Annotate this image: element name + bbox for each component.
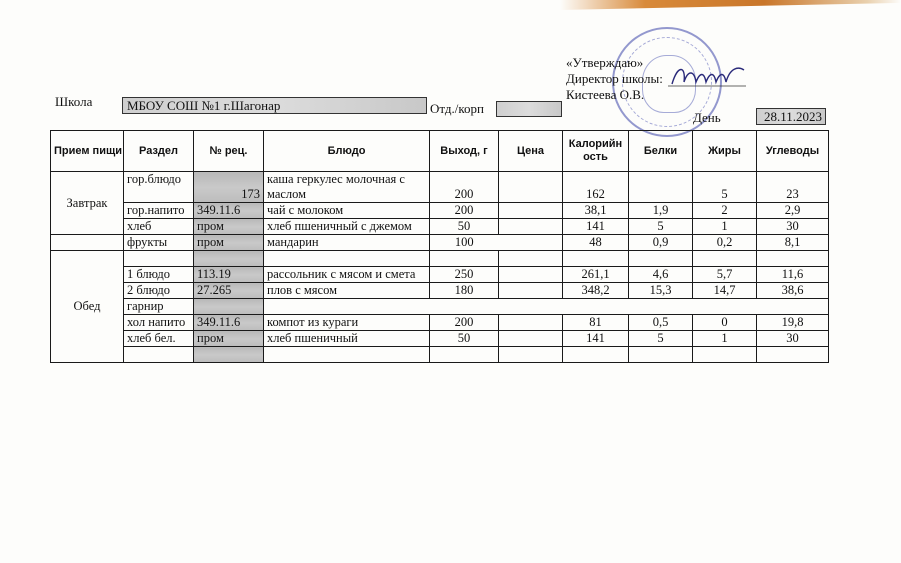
section-cell: [124, 251, 194, 267]
kcal-cell: 348,2: [563, 283, 629, 299]
fat-cell: 5: [693, 172, 757, 203]
protein-cell: [629, 347, 693, 363]
price-cell: [499, 219, 563, 235]
protein-cell: 15,3: [629, 283, 693, 299]
kcal-cell: 81: [563, 315, 629, 331]
section-cell: 1 блюдо: [124, 267, 194, 283]
yield-cell: 200: [430, 203, 499, 219]
carbs-cell: 2,9: [757, 203, 829, 219]
date-field[interactable]: 28.11.2023: [756, 108, 826, 125]
dish-cell: каша геркулес молочная смаслом: [264, 172, 430, 203]
kcal-cell: 162: [563, 172, 629, 203]
price-cell: [499, 347, 563, 363]
dept-field[interactable]: [496, 101, 562, 117]
col-meal: Прием пищи: [51, 131, 124, 172]
protein-cell: 0,9: [629, 235, 693, 251]
kcal-cell: 141: [563, 331, 629, 347]
col-kcal: Калорийн ость: [563, 131, 629, 172]
recipe-cell: 173: [194, 172, 264, 203]
recipe-cell: пром: [194, 235, 264, 251]
protein-cell: [629, 172, 693, 203]
section-cell: гор.блюдо: [124, 172, 194, 203]
dish-cell: хлеб пшеничный: [264, 331, 430, 347]
price-cell: [499, 331, 563, 347]
recipe-cell: пром: [194, 219, 264, 235]
fat-cell: 1: [693, 219, 757, 235]
yield-cell: 50: [430, 219, 499, 235]
meal-cell: [51, 235, 124, 251]
dish-cell: мандарин: [264, 235, 430, 251]
recipe-cell: [194, 251, 264, 267]
fat-cell: [693, 347, 757, 363]
kcal-cell: 48: [563, 235, 629, 251]
dish-line-2: маслом: [267, 187, 426, 202]
approval-name: Кистеева О.В.: [566, 87, 663, 103]
col-section: Раздел: [124, 131, 194, 172]
recipe-cell: 27.265: [194, 283, 264, 299]
section-cell: [124, 347, 194, 363]
table-row: 1 блюдо 113.19 рассольник с мясом и смет…: [51, 267, 829, 283]
price-cell: [499, 267, 563, 283]
table-row: [51, 347, 829, 363]
carbs-cell: [757, 347, 829, 363]
yield-cell: 180: [430, 283, 499, 299]
yield-cell: 200: [430, 315, 499, 331]
price-cell: [499, 172, 563, 203]
dish-cell: рассольник с мясом и смета: [264, 267, 430, 283]
protein-cell: [629, 251, 693, 267]
carbs-cell: 38,6: [757, 283, 829, 299]
fat-cell: 0: [693, 315, 757, 331]
dish-cell: [264, 347, 430, 363]
price-cell: [499, 203, 563, 219]
recipe-cell: [194, 299, 264, 315]
approval-title: «Утверждаю»: [566, 55, 663, 71]
section-cell: хлеб: [124, 219, 194, 235]
protein-cell: 0,5: [629, 315, 693, 331]
col-price: Цена: [499, 131, 563, 172]
fat-cell: 2: [693, 203, 757, 219]
kcal-cell: 141: [563, 219, 629, 235]
recipe-cell: [194, 347, 264, 363]
table-row: Завтрак гор.блюдо 173 каша геркулес моло…: [51, 172, 829, 203]
fat-cell: [693, 251, 757, 267]
table-header-row: Прием пищи Раздел № рец. Блюдо Выход, г …: [51, 131, 829, 172]
section-cell: фрукты: [124, 235, 194, 251]
dept-label: Отд./корп: [430, 101, 484, 117]
protein-cell: 4,6: [629, 267, 693, 283]
carbs-cell: 11,6: [757, 267, 829, 283]
kcal-cell: [563, 251, 629, 267]
price-cell: [499, 235, 563, 251]
protein-cell: 1,9: [629, 203, 693, 219]
col-dish: Блюдо: [264, 131, 430, 172]
meal-cell: Обед: [51, 251, 124, 363]
recipe-cell: 349.11.6: [194, 315, 264, 331]
day-label: День: [693, 110, 721, 126]
price-cell: [499, 283, 563, 299]
col-carbs: Углеводы: [757, 131, 829, 172]
dish-cell: чай с молоком: [264, 203, 430, 219]
signature: [668, 62, 748, 90]
paper-edge-stain: [560, 0, 901, 10]
yield-cell: 100: [430, 235, 499, 251]
table-row: Обед: [51, 251, 829, 267]
section-cell: гор.напито: [124, 203, 194, 219]
fat-cell: 1: [693, 331, 757, 347]
section-cell: хлеб бел.: [124, 331, 194, 347]
section-cell: 2 блюдо: [124, 283, 194, 299]
col-recipe: № рец.: [194, 131, 264, 172]
yield-cell: [430, 251, 499, 267]
col-fat: Жиры: [693, 131, 757, 172]
col-protein: Белки: [629, 131, 693, 172]
approval-position: Директор школы:: [566, 71, 663, 87]
table-row: хлеб пром хлеб пшеничный с джемом 50 141…: [51, 219, 829, 235]
carbs-cell: [757, 251, 829, 267]
carbs-cell: 30: [757, 331, 829, 347]
empty-garnish-cell: [264, 299, 829, 315]
table-row: гарнир: [51, 299, 829, 315]
section-cell: гарнир: [124, 299, 194, 315]
school-field[interactable]: МБОУ СОШ №1 г.Шагонар: [122, 97, 427, 114]
menu-table: Прием пищи Раздел № рец. Блюдо Выход, г …: [50, 130, 829, 363]
kcal-cell: [563, 347, 629, 363]
carbs-cell: 23: [757, 172, 829, 203]
section-cell: хол напито: [124, 315, 194, 331]
dish-cell: плов с мясом: [264, 283, 430, 299]
col-yield: Выход, г: [430, 131, 499, 172]
recipe-cell: 113.19: [194, 267, 264, 283]
table-row: хлеб бел. пром хлеб пшеничный 50 141 5 1…: [51, 331, 829, 347]
school-label: Школа: [55, 94, 92, 110]
table-row: фрукты пром мандарин 100 48 0,9 0,2 8,1: [51, 235, 829, 251]
carbs-cell: 8,1: [757, 235, 829, 251]
kcal-cell: 38,1: [563, 203, 629, 219]
yield-cell: [430, 347, 499, 363]
price-cell: [499, 251, 563, 267]
protein-cell: 5: [629, 331, 693, 347]
protein-cell: 5: [629, 219, 693, 235]
carbs-cell: 19,8: [757, 315, 829, 331]
approval-block: «Утверждаю» Директор школы: Кистеева О.В…: [566, 55, 663, 103]
fat-cell: 0,2: [693, 235, 757, 251]
yield-cell: 50: [430, 331, 499, 347]
dish-cell: компот из кураги: [264, 315, 430, 331]
dish-line-1: каша геркулес молочная с: [267, 172, 426, 187]
yield-cell: 200: [430, 172, 499, 203]
fat-cell: 14,7: [693, 283, 757, 299]
table-row: гор.напито 349.11.6 чай с молоком 200 38…: [51, 203, 829, 219]
kcal-cell: 261,1: [563, 267, 629, 283]
table-row: хол напито 349.11.6 компот из кураги 200…: [51, 315, 829, 331]
fat-cell: 5,7: [693, 267, 757, 283]
yield-cell: 250: [430, 267, 499, 283]
table-row: 2 блюдо 27.265 плов с мясом 180 348,2 15…: [51, 283, 829, 299]
meal-cell: Завтрак: [51, 172, 124, 235]
carbs-cell: 30: [757, 219, 829, 235]
recipe-cell: пром: [194, 331, 264, 347]
recipe-cell: 349.11.6: [194, 203, 264, 219]
dish-cell: [264, 251, 430, 267]
price-cell: [499, 315, 563, 331]
dish-cell: хлеб пшеничный с джемом: [264, 219, 430, 235]
